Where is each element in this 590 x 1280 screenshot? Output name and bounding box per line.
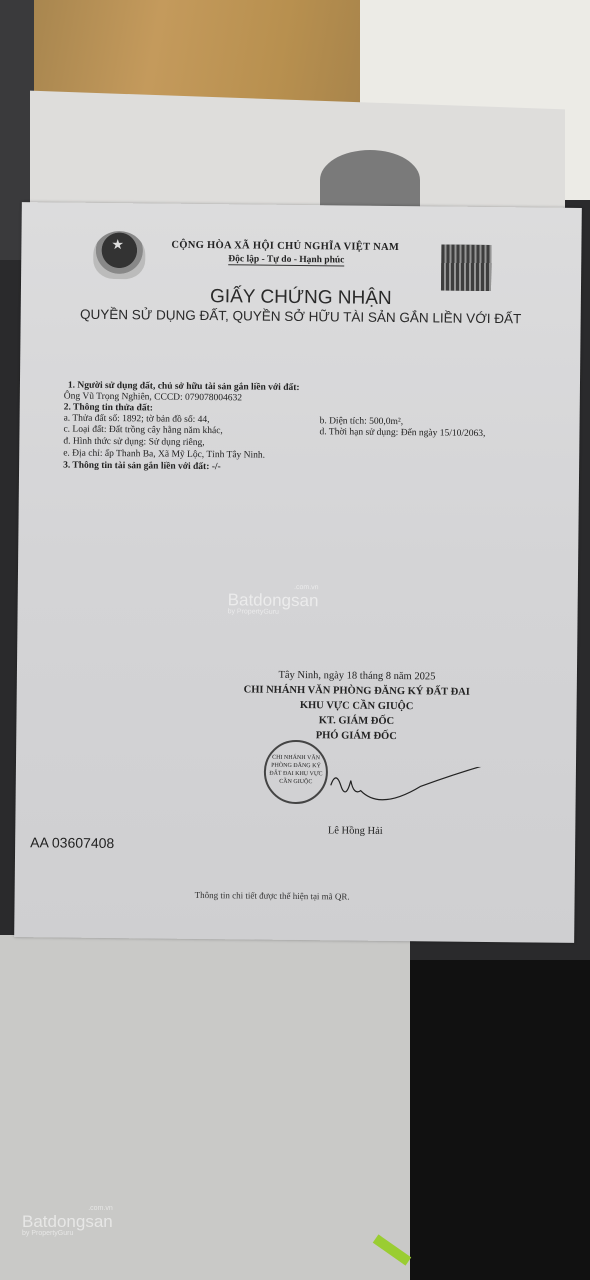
office-line-1: CHI NHÁNH VĂN PHÒNG ĐĂNG KÝ ĐẤT ĐAI: [207, 684, 507, 698]
shadow: [320, 150, 420, 210]
land-type-line: c. Loại đất: Đất trồng cây hằng năm khác…: [63, 425, 222, 437]
watermark-bottom: .com.vn Batdongsan by PropertyGuru: [22, 1212, 113, 1237]
signature-icon: [325, 765, 506, 827]
owner-line: Ông Vũ Trọng Nghiên, CCCD: 079078004632: [64, 392, 242, 404]
national-emblem-icon: ★: [93, 231, 145, 280]
office-line-4: PHÓ GIÁM ĐỐC: [206, 729, 506, 743]
office-line-2: KHU VỰC CẦN GIUỘC: [207, 699, 507, 713]
date-line: Tây Ninh, ngày 18 tháng 8 năm 2025: [207, 669, 507, 683]
background-dark-object: [380, 960, 590, 1280]
section-2-heading: 2. Thông tin thửa đất:: [64, 403, 153, 414]
office-line-3: KT. GIÁM ĐỐC: [206, 714, 506, 728]
area-line: b. Diện tích: 500,0m²,: [320, 416, 404, 427]
country-header: CỘNG HÒA XÃ HỘI CHỦ NGHĨA VIỆT NAM: [171, 240, 399, 253]
address-line: e. Địa chỉ: ấp Thanh Ba, Xã Mỹ Lộc, Tỉnh…: [63, 449, 265, 461]
usage-form-line: đ. Hình thức sử dụng: Sử dụng riêng,: [63, 437, 204, 448]
signer-name: Lê Hồng Hải: [205, 824, 505, 838]
qr-note: Thông tin chi tiết được thể hiện tại mã …: [195, 890, 350, 902]
term-line: d. Thời hạn sử dụng: Đến ngày 15/10/2063…: [319, 427, 485, 439]
certificate-document: ★ CỘNG HÒA XÃ HỘI CHỦ NGHĨA VIỆT NAM Độc…: [14, 202, 582, 943]
watermark: .com.vn Batdongsan by PropertyGuru: [228, 590, 319, 616]
official-stamp: CHI NHÁNH VĂN PHÒNG ĐĂNG KÝ ĐẤT ĐAI KHU …: [264, 740, 329, 805]
parcel-line: a. Thửa đất số: 1892; tờ bản đồ số: 44,: [64, 414, 210, 426]
motto: Độc lập - Tự do - Hạnh phúc: [228, 254, 344, 266]
section-3-line: 3. Thông tin tài sản gắn liền với đất: -…: [63, 461, 221, 473]
watermark-brand: Batdongsan: [228, 590, 319, 610]
qr-code-icon: [441, 244, 491, 291]
serial-number: AA 03607408: [30, 834, 114, 851]
